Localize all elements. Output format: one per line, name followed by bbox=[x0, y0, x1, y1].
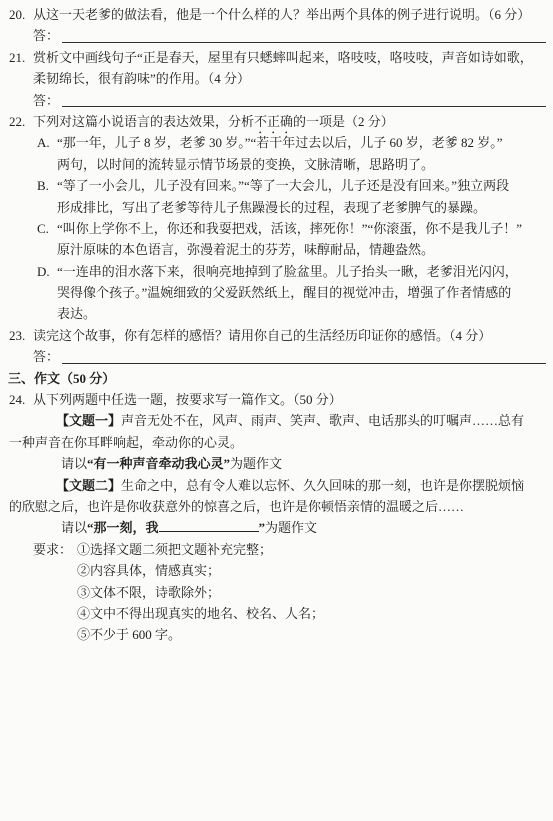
option-d-label: D. bbox=[37, 261, 57, 282]
question-22-number: 22. bbox=[9, 111, 33, 132]
topic-2-prompt-pre: 请以 bbox=[61, 520, 87, 535]
question-23-answer-line: 答： bbox=[33, 346, 553, 367]
question-22-stem-emphasis: 不正确 bbox=[254, 114, 293, 129]
topic-1-text-line2: 一种声音在你耳畔响起，牵动你的心灵。 bbox=[9, 432, 553, 453]
topic-2-tag: 【文题二】 bbox=[56, 478, 121, 493]
option-a-label: A. bbox=[37, 132, 57, 153]
option-b-text-line2: 形成排比，写出了老爹等待儿子焦躁漫长的过程，表现了老爹脾气的暴躁。 bbox=[57, 197, 553, 218]
topic-1-prompt: 请以“有一种声音牵动我心灵”为题作文 bbox=[61, 453, 553, 474]
topic-1-paragraph-line1: 【文题一】声音无处不在，风声、雨声、笑声、歌声、电话那头的叮嘱声……总有 bbox=[56, 410, 553, 431]
question-24-intro: 从下列两题中任选一题，按要求写一篇作文。（50 分） bbox=[33, 392, 342, 407]
question-20-text: 从这一天老爹的做法看，他是一个什么样的人？举出两个具体的例子进行说明。（6 分） bbox=[33, 7, 530, 22]
option-c-text-line1: “叫你上学你不上，你还和我耍把戏，活该，摔死你！”“你滚蛋，你不是我儿子！” bbox=[57, 221, 522, 236]
topic-1-tag: 【文题一】 bbox=[56, 413, 121, 428]
answer-label: 答： bbox=[33, 346, 59, 367]
question-21-text-line1: 赏析文中画线句子“正是春天，屋里有只蟋蟀叫起来，咯吱吱，咯吱吱，声音如诗如歌， bbox=[33, 50, 533, 65]
answer-blank-rule bbox=[62, 25, 546, 42]
requirement-item-1: ①选择文题二须把文题补充完整； bbox=[77, 542, 272, 557]
exam-paper-page: 20.从这一天老爹的做法看，他是一个什么样的人？举出两个具体的例子进行说明。（6… bbox=[0, 0, 553, 821]
topic-2-prompt: 请以“那一刻，我”为题作文 bbox=[61, 517, 553, 538]
topic-1-title: “有一种声音牵动我心灵” bbox=[87, 456, 230, 471]
question-20-number: 20. bbox=[9, 4, 33, 25]
section-3-heading: 三、作文（50 分） bbox=[8, 368, 553, 389]
option-a: A.“那一年，儿子 8 岁，老爹 30 岁。”“若干年过去以后，儿子 60 岁，… bbox=[37, 132, 553, 153]
topic-2-title-pre: “那一刻，我 bbox=[87, 520, 159, 535]
answer-blank-rule bbox=[62, 90, 546, 107]
option-d: D.“一连串的泪水落下来，很响亮地掉到了脸盆里。儿子抬头一瞅，老爹泪光闪闪， bbox=[37, 261, 553, 282]
option-d-text-line1: “一连串的泪水落下来，很响亮地掉到了脸盆里。儿子抬头一瞅，老爹泪光闪闪， bbox=[57, 264, 518, 279]
question-21-text-line2: 柔韧绵长，很有韵味”的作用。（4 分） bbox=[33, 68, 553, 89]
question-23-text: 读完这个故事，你有怎样的感悟？请用你自己的生活经历印证你的感悟。（4 分） bbox=[33, 328, 491, 343]
topic-2-prompt-suf: 为题作文 bbox=[265, 520, 317, 535]
question-22-stem-suf: 的一项是（2 分） bbox=[293, 114, 394, 129]
answer-blank-rule bbox=[62, 346, 546, 363]
option-c-label: C. bbox=[37, 218, 57, 239]
requirement-item-5: ⑤不少于 600 字。 bbox=[77, 624, 553, 645]
topic-2-text-line1: 生命之中，总有令人难以忘怀、久久回味的那一刻，也许是你摆脱烦恼 bbox=[121, 478, 524, 493]
topic-2-title-blank-rule bbox=[159, 531, 259, 532]
question-24: 24.从下列两题中任选一题，按要求写一篇作文。（50 分） bbox=[9, 389, 553, 410]
requirement-item-3: ③文体不限，诗歌除外； bbox=[77, 582, 553, 603]
answer-label: 答： bbox=[33, 25, 59, 46]
topic-2-text-line2: 的欣慰之后，也许是你收获意外的惊喜之后，也许是你顿悟亲情的温暖之后…… bbox=[9, 496, 553, 517]
question-21-number: 21. bbox=[9, 47, 33, 68]
option-b-text-line1: “等了一小会儿，儿子没有回来。”“等了一大会儿，儿子还是没有回来。”独立两段 bbox=[57, 178, 509, 193]
option-c: C.“叫你上学你不上，你还和我耍把戏，活该，摔死你！”“你滚蛋，你不是我儿子！” bbox=[37, 218, 553, 239]
question-23-number: 23. bbox=[9, 325, 33, 346]
requirements-label: 要求： bbox=[33, 542, 72, 557]
question-20: 20.从这一天老爹的做法看，他是一个什么样的人？举出两个具体的例子进行说明。（6… bbox=[9, 4, 553, 25]
requirement-item-4: ④文中不得出现真实的地名、校名、人名； bbox=[77, 603, 553, 624]
option-b-label: B. bbox=[37, 175, 57, 196]
requirement-item-2: ②内容具体，情感真实； bbox=[77, 560, 553, 581]
topic-2-paragraph-line1: 【文题二】生命之中，总有令人难以忘怀、久久回味的那一刻，也许是你摆脱烦恼 bbox=[56, 475, 553, 496]
question-21-answer-line: 答： bbox=[33, 90, 553, 111]
option-d-text-line2: 哭得像个孩子。”温婉细致的父爱跃然纸上，醒目的视觉冲击，增强了作者情感的 bbox=[57, 282, 553, 303]
option-a-text-line2: 两句，以时间的流转显示情节场景的变换，文脉清晰，思路明了。 bbox=[57, 154, 553, 175]
option-a-text-line1: “那一年，儿子 8 岁，老爹 30 岁。”“若干年过去以后，儿子 60 岁，老爹… bbox=[57, 135, 503, 150]
question-23: 23.读完这个故事，你有怎样的感悟？请用你自己的生活经历印证你的感悟。（4 分） bbox=[9, 325, 553, 346]
topic-1-prompt-suf: 为题作文 bbox=[230, 456, 282, 471]
topic-1-prompt-pre: 请以 bbox=[61, 456, 87, 471]
question-22-stem-pre: 下列对这篇小说语言的表达效果，分析 bbox=[33, 114, 254, 129]
question-21: 21.赏析文中画线句子“正是春天，屋里有只蟋蟀叫起来，咯吱吱，咯吱吱，声音如诗如… bbox=[9, 47, 553, 68]
question-20-answer-line: 答： bbox=[33, 25, 553, 46]
option-b: B.“等了一小会儿，儿子没有回来。”“等了一大会儿，儿子还是没有回来。”独立两段 bbox=[37, 175, 553, 196]
topic-1-text-line1: 声音无处不在，风声、雨声、笑声、歌声、电话那头的叮嘱声……总有 bbox=[121, 413, 524, 428]
question-24-number: 24. bbox=[9, 389, 33, 410]
question-22: 22.下列对这篇小说语言的表达效果，分析不正确的一项是（2 分） bbox=[9, 111, 553, 132]
option-d-text-line3: 表达。 bbox=[57, 303, 553, 324]
option-c-text-line2: 原汁原味的本色语言，弥漫着泥土的芬芳，味醇耐品，情趣盎然。 bbox=[57, 239, 553, 260]
answer-label: 答： bbox=[33, 90, 59, 111]
requirements-line1: 要求：①选择文题二须把文题补充完整； bbox=[33, 539, 553, 560]
